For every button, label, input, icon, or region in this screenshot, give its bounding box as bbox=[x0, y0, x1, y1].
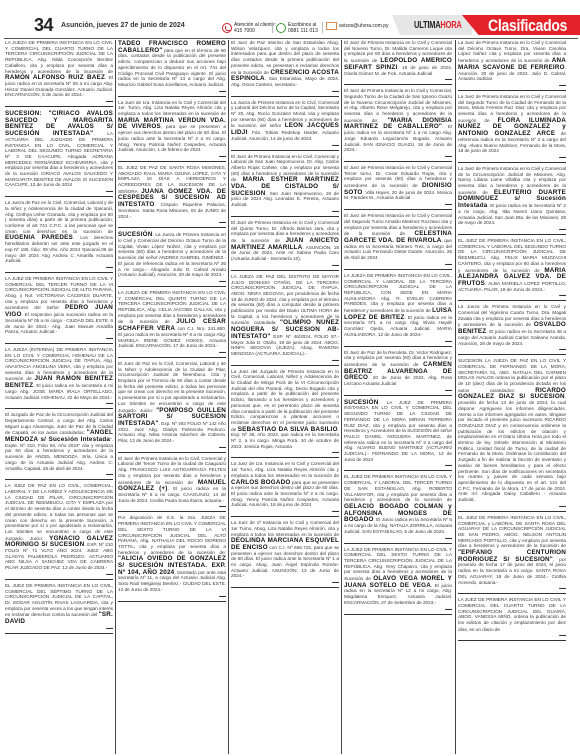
classified-notice: El Juez de Paz Interino de San Estanisla… bbox=[231, 40, 339, 94]
notice-reference-code: ▬▬ bbox=[344, 388, 452, 392]
classified-notice: LA JUEZ DE PRIMERA INSTANCIA EN LO CIVIL… bbox=[5, 276, 113, 341]
notice-reference-code: ▬▬ bbox=[344, 202, 452, 206]
section-banner: ULTIMAHORA Clasificados bbox=[392, 15, 580, 35]
classified-notice: LA JUEZA (INTERINA) DE PRIMERA INSTANCIA… bbox=[5, 347, 113, 406]
notice-divider bbox=[118, 357, 226, 358]
classified-notice: La Juez de Primera Instancia en lo Civil… bbox=[458, 94, 566, 160]
classified-notice: El Juez de Primera Instancia en lo Civil… bbox=[118, 456, 226, 510]
notice-reference-code: ▬▬ bbox=[5, 99, 113, 103]
notice-reference-code: ▬▬ bbox=[231, 450, 339, 454]
classified-notice: La Juez de Primera Instancia en lo Civil… bbox=[458, 40, 566, 88]
notice-reference-code: ▬▬ bbox=[344, 607, 452, 611]
column-1: LA JUEZA DE PRIMERA INSTANCIA EN LO CIVI… bbox=[5, 40, 113, 756]
notice-text: LA JUEZ DE PAZ EN LO CIVIL, COMERCIAL, L… bbox=[5, 484, 113, 541]
notice-text: Por disposición de S.S. la Sra. JUEZA DE… bbox=[118, 516, 226, 555]
notice-reference-code: ▬▬ bbox=[118, 504, 226, 508]
notice-text: LA JUEZ DE PRIMERA INSTANCIA EN LO CIVIL… bbox=[458, 598, 566, 633]
notice-reference-code: ▬▬ bbox=[231, 143, 339, 147]
notice-divider bbox=[231, 96, 339, 97]
notice-reference-code: ▬▬ bbox=[458, 504, 566, 508]
header-rule bbox=[4, 38, 578, 39]
notice-divider bbox=[5, 272, 113, 273]
notice-text: EL JUEZ DE PRIMERA INSTANCIA EN LO CIVIL… bbox=[5, 584, 113, 619]
classified-notice: La Jueza de Primera Instancia en lo Civi… bbox=[458, 304, 566, 352]
notice-reference-code: ▬▬ bbox=[344, 154, 452, 158]
column-divider bbox=[341, 40, 342, 754]
notice-divider bbox=[458, 511, 566, 512]
notice-reference-code: ▬▬ bbox=[118, 445, 226, 449]
classified-notice: La Juez de 1ª Instancia en lo Civil y Co… bbox=[231, 520, 339, 585]
email-icon bbox=[326, 22, 337, 30]
notice-reference-code: ▬▬ bbox=[5, 189, 113, 193]
notice-reference-code: ▬▬ bbox=[118, 220, 226, 224]
section-title: Clasificados bbox=[488, 16, 567, 36]
notice-text: con C.I. Nº 656.715, para que se present… bbox=[231, 546, 339, 580]
notice-reference-code: ▬▬ bbox=[5, 472, 113, 476]
notice-divider bbox=[118, 452, 226, 453]
notice-divider bbox=[231, 270, 339, 271]
deceased-name: SUCESIÓN bbox=[118, 231, 153, 238]
classified-notice: El Juez de Primera Instancia en lo Civil… bbox=[231, 220, 339, 268]
classified-notice: El Juez de Paz en lo Civil, Comercial, L… bbox=[118, 361, 226, 450]
notice-divider bbox=[344, 209, 452, 210]
notice-divider bbox=[344, 614, 452, 615]
customer-service-contact: Atención al cliente:415 7000 bbox=[222, 22, 276, 34]
notice-divider bbox=[231, 516, 339, 517]
notice-divider bbox=[231, 150, 339, 151]
classified-notice: SUCESION: "CIRIACO AVALOS SAUCEDO Y MARG… bbox=[5, 110, 113, 194]
notice-divider bbox=[5, 408, 113, 409]
classified-notice: EL JUEZ DE PRIMERA INSTANCIA EN LO CIVIL… bbox=[5, 583, 113, 631]
deceased-name: RAMÓN ALFONSO RUIZ BAEZ bbox=[5, 74, 105, 81]
notice-text: , proveído de fecha 13 de junio de 2024,… bbox=[458, 395, 566, 503]
notice-divider bbox=[344, 346, 452, 347]
classified-notice: El Juez de Primera Instancia en lo Civil… bbox=[344, 213, 452, 267]
notice-reference-code: ▬▬ bbox=[458, 293, 566, 297]
notice-divider bbox=[344, 161, 452, 162]
notice-reference-code: ▬▬ bbox=[344, 536, 452, 540]
notice-reference-code: ▬▬ bbox=[458, 227, 566, 231]
notice-text: LA JUEZA DE PRIMERA INSTANCIA EN LO CIVI… bbox=[5, 41, 113, 75]
classified-notice: La Jueza de Paz en lo Civil, Comercial, … bbox=[5, 200, 113, 270]
page-date: Asunción, jueves 27 de junio de 2024 bbox=[61, 22, 185, 29]
notice-divider bbox=[231, 216, 339, 217]
notice-divider bbox=[118, 511, 226, 512]
notice-divider bbox=[5, 579, 113, 580]
notice-reference-code: ▬▬ bbox=[344, 463, 452, 467]
column-4: El Juez de Primera Instancia en lo Civil… bbox=[344, 40, 452, 756]
notice-reference-code: ▬▬ bbox=[231, 580, 339, 584]
classified-notice: LA JUEZ DE PAZ EN LO CIVIL, COMERCIAL, L… bbox=[5, 483, 113, 577]
classified-notice: LA JUEZA DE PRIMERA INSTANCIA EN LO CIVI… bbox=[344, 273, 452, 344]
notice-divider bbox=[344, 395, 452, 396]
notice-divider bbox=[458, 354, 566, 355]
notice-reference-code: ▬▬ bbox=[458, 347, 566, 351]
notice-reference-code: ▬▬ bbox=[231, 263, 339, 267]
classified-notice: El Juez de Primera Instancia en lo Civil… bbox=[231, 154, 339, 214]
notice-divider bbox=[458, 234, 566, 235]
classified-notice: LA JUEZ DE PRIMERA INSTANCIA EN LO CIVIL… bbox=[344, 547, 452, 612]
notice-text: La Jueza de Paz en lo Civil, Comercial, … bbox=[5, 201, 113, 235]
notice-divider bbox=[231, 587, 339, 588]
classified-notice: EL JUEZ DE PAZ DE SANTA ROSA MISIONES, A… bbox=[118, 165, 226, 225]
notice-reference-code: ▬▬ bbox=[118, 350, 226, 354]
classified-notice: LA JUEZA DE PAZ DEL DISTRITO DE MAYOR JU… bbox=[231, 274, 339, 363]
notice-text: La Juez de 1ra. Instancia en lo Civil y … bbox=[118, 101, 226, 117]
whatsapp-contact: Escribinos al0981 111 013 bbox=[276, 22, 318, 34]
notice-text: La Juez de 1ª Instancia en lo Civil y Co… bbox=[231, 521, 339, 537]
classified-notice: La Juez de Primera Instancia en lo Civil… bbox=[458, 166, 566, 232]
classified-notice: La Jueza de Primera Instancia en lo Civi… bbox=[231, 100, 339, 148]
page-header: 34 Asunción, jueves 27 de junio de 2024 … bbox=[0, 0, 580, 36]
classified-notice: La Juez de 1ra. Instancia en lo Civil y … bbox=[231, 461, 339, 514]
classified-notice: TADEO FRANCISCO ROMERO CABALLERO" para q… bbox=[118, 40, 226, 94]
deceased-name: SUCESIÓN bbox=[344, 399, 379, 406]
email-contact[interactable]: avisos@uhora.com.py bbox=[326, 22, 389, 30]
column-3: El Juez de Paz Interino de San Estanisla… bbox=[231, 40, 339, 756]
notice-text: EL JUEZ DE PRIMERA INSTANCIA EN LO CIVIL… bbox=[344, 475, 452, 503]
classified-notice: El Juez de Paz de la Recoleta, Dr. Victo… bbox=[344, 350, 452, 393]
classified-notice: El Juez de Primera Instancia en lo Civil… bbox=[344, 88, 452, 159]
notice-reference-code: ▬▬ bbox=[458, 155, 566, 159]
classified-notice: LA JUEZA DE PRIMERA INSTANCIA EN LO CIVI… bbox=[118, 290, 226, 355]
classified-notice: EL JUEZ DE PRIMERA INSTANCIA EN LO CIVIL… bbox=[458, 515, 566, 591]
notice-text: para que en el término de 60 días, conta… bbox=[118, 49, 226, 88]
notice-divider bbox=[344, 84, 452, 85]
notice-reference-code: ▬▬ bbox=[5, 572, 113, 576]
notice-reference-code: ▬▬ bbox=[231, 509, 339, 513]
contact-whatsapp: 0981 111 013 bbox=[288, 28, 318, 34]
classified-notice: El Juez de Primera Instancia en lo Civil… bbox=[344, 165, 452, 207]
notice-reference-code: ▬▬ bbox=[458, 633, 566, 637]
classified-notice: LA JUEZA DE PRIMERA INSTANCIA EN LO CIVI… bbox=[5, 40, 113, 104]
notice-divider bbox=[118, 161, 226, 162]
notice-divider bbox=[458, 162, 566, 163]
notice-divider bbox=[5, 343, 113, 344]
notice-text: . LA JUEZ DE PRIMERA INSTANCIA EN LO CIV… bbox=[344, 401, 452, 463]
notice-divider bbox=[5, 196, 113, 197]
notice-text: EL JUEZ DE PRIMERA INSTANCIA EN LO CIVIL… bbox=[458, 516, 566, 550]
notice-text: . Fdo. Tobias Redekop Harder, Actuario J… bbox=[231, 131, 339, 142]
notice-reference-code: ▬▬ bbox=[231, 358, 339, 362]
classified-notice: El Juez de Primera Instancia en lo Civil… bbox=[344, 40, 452, 82]
notice-reference-code: ▬▬ bbox=[118, 279, 226, 283]
notice-divider bbox=[458, 90, 566, 91]
notice-reference-code: ▬▬ bbox=[5, 265, 113, 269]
notice-reference-code: ▬▬ bbox=[344, 262, 452, 266]
classified-notice: La Juez del Juzgado de Primera Instancia… bbox=[231, 369, 339, 456]
column-5: La Juez de Primera Instancia en lo Civil… bbox=[458, 40, 566, 756]
notice-reference-code: ▬▬ bbox=[458, 586, 566, 590]
notice-divider bbox=[231, 457, 339, 458]
notice-reference-code: ▬▬ bbox=[5, 626, 113, 630]
notice-reference-code: ▬▬ bbox=[231, 89, 339, 93]
column-divider bbox=[228, 40, 229, 754]
notice-reference-code: ▬▬ bbox=[231, 209, 339, 213]
classified-notice: LA JUEZ DE PRIMERA INSTANCIA EN LO CIVIL… bbox=[458, 597, 566, 638]
divider bbox=[272, 22, 273, 33]
notice-divider bbox=[344, 269, 452, 270]
notice-reference-code: ▬▬ bbox=[118, 89, 226, 93]
deceased-name: CARLOS BOGADO bbox=[231, 479, 290, 486]
notice-text: La Juez del Juzgado de Primera Instancia… bbox=[231, 370, 339, 433]
column-2: TADEO FRANCISCO ROMERO CABALLERO" para q… bbox=[118, 40, 226, 756]
notice-divider bbox=[458, 640, 566, 641]
notice-divider bbox=[118, 227, 226, 228]
ultimahora-logo: ULTIMAHORA bbox=[414, 20, 462, 31]
notice-divider bbox=[5, 633, 113, 634]
notice-divider bbox=[344, 543, 452, 544]
whatsapp-icon bbox=[276, 23, 286, 33]
classified-notice: SUCESIÓN: La Jueza de Primera Instancia … bbox=[118, 231, 226, 284]
phone-icon bbox=[222, 23, 232, 33]
notice-divider bbox=[344, 470, 452, 471]
notice-text: ". Expte. Nº 310, Folio 60, Año 2024" ci… bbox=[5, 438, 113, 472]
notice-reference-code: ▬▬ bbox=[118, 594, 226, 598]
notice-reference-code: ▬▬ bbox=[344, 339, 452, 343]
classified-notice: SUCESIÓN. LA JUEZ DE PRIMERA INSTANCIA E… bbox=[344, 399, 452, 469]
classified-notice: El Juzgado de Paz de la Circunscripción … bbox=[5, 412, 113, 477]
classified-notice: EL JUEZ DE PRIMERA INSTANCIA EN LO CIVIL… bbox=[344, 474, 452, 540]
column-divider bbox=[455, 40, 456, 754]
notice-divider bbox=[118, 286, 226, 287]
notice-text: La Juez de 1ra. Instancia en lo Civil y … bbox=[231, 462, 339, 478]
deceased-name: "EPIFANIO CENTURION RODRIGUEZ S/ SUCESIO… bbox=[458, 549, 566, 563]
notice-reference-code: ▬▬ bbox=[118, 154, 226, 158]
notice-reference-code: ▬▬ bbox=[458, 83, 566, 87]
classified-notice: SUCESION LA JUEZA DE PAZ EN LO CIVIL Y C… bbox=[458, 358, 566, 509]
deceased-name: SEBASTIAO DA SILVA BASILIO bbox=[238, 426, 338, 433]
notice-reference-code: ▬▬ bbox=[5, 401, 113, 405]
notice-divider bbox=[118, 96, 226, 97]
notice-divider bbox=[458, 593, 566, 594]
notice-text: . LA ACTUARIA DEL JUZGADO DE PRIMERA INS… bbox=[5, 132, 113, 188]
classified-notice: Por disposición de S.S. la Sra. JUEZA DE… bbox=[118, 515, 226, 598]
classified-notice: EL JUEZ DE PRIMERA INSTANCIA EN LO CIVIL… bbox=[458, 238, 566, 298]
notice-divider bbox=[5, 479, 113, 480]
notice-divider bbox=[231, 365, 339, 366]
column-divider bbox=[115, 40, 116, 754]
notice-reference-code: ▬▬ bbox=[344, 77, 452, 81]
divider bbox=[322, 22, 323, 33]
notice-divider bbox=[458, 300, 566, 301]
notice-divider bbox=[5, 106, 113, 107]
notice-reference-code: ▬▬ bbox=[5, 336, 113, 340]
notice-text: La Juez de Primera Instancia en lo Civil… bbox=[458, 41, 566, 64]
notice-text: . El respectivo juicio sucesorio radica … bbox=[5, 313, 113, 335]
deceased-name: EUGENIA PAREDES bbox=[5, 234, 73, 241]
contact-email[interactable]: avisos@uhora.com.py bbox=[339, 23, 389, 29]
page-number: 34 bbox=[34, 15, 53, 36]
contact-phone: 415 7000 bbox=[234, 28, 255, 34]
notice-divider bbox=[118, 601, 226, 602]
notice-text: : La Jueza de Primera Instancia en lo Ci… bbox=[118, 233, 226, 278]
classified-notice: La Juez de 1ra. Instancia en lo Civil y … bbox=[118, 100, 226, 159]
